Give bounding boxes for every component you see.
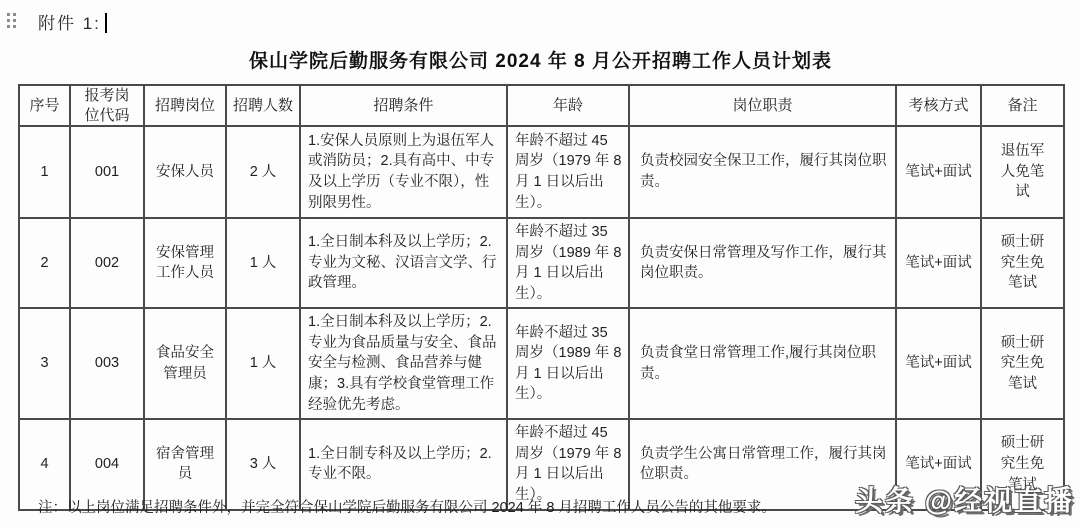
page-title: 保山学院后勤服务有限公司 2024 年 8 月公开招聘工作人员计划表 (18, 46, 1063, 73)
cell-remark: 硕士研究生免笔试 (981, 218, 1064, 308)
cell-code: 003 (70, 308, 144, 419)
cell-position: 安保人员 (144, 126, 226, 218)
cell-count: 1 人 (226, 218, 300, 308)
cell-conditions: 1.全日制本科及以上学历；2.专业为食品质量与安全、食品安全与检测、食品营养与健… (300, 308, 507, 419)
table-header-row: 序号 报考岗位代码 招聘岗位 招聘人数 招聘条件 年龄 岗位职责 考核方式 备注 (19, 85, 1064, 126)
cell-count: 2 人 (226, 126, 300, 218)
watermark-text: 头条 @经视直播 (855, 479, 1074, 519)
table-row: 2 002 安保管理工作人员 1 人 1.全日制本科及以上学历；2.专业为文秘、… (19, 218, 1064, 308)
cell-assessment: 笔试+面试 (896, 308, 981, 419)
text-cursor (105, 13, 107, 33)
header-conditions: 招聘条件 (300, 85, 507, 126)
cell-count: 1 人 (226, 308, 300, 419)
header-remark: 备注 (981, 85, 1064, 126)
cell-duties: 负责食堂日常管理工作,履行其岗位职责。 (629, 308, 896, 419)
cell-age: 年龄不超过 35 周岁（1989 年 8 月 1 日以后出生）。 (507, 218, 629, 308)
document-page: 附件 1: 保山学院后勤服务有限公司 2024 年 8 月公开招聘工作人员计划表… (0, 0, 1080, 527)
cell-conditions: 1.全日制本科及以上学历；2.专业为文秘、汉语言文学、行政管理。 (300, 218, 507, 308)
cell-code: 001 (70, 126, 144, 218)
recruitment-table: 序号 报考岗位代码 招聘岗位 招聘人数 招聘条件 年龄 岗位职责 考核方式 备注… (18, 84, 1065, 511)
header-assessment: 考核方式 (896, 85, 981, 126)
cell-remark: 退伍军人免笔试 (981, 126, 1064, 218)
header-code: 报考岗位代码 (70, 85, 144, 126)
header-index: 序号 (19, 85, 70, 126)
cell-duties: 负责校园安全保卫工作，履行其岗位职责。 (629, 126, 896, 218)
cell-index: 3 (19, 308, 70, 419)
cell-code: 002 (70, 218, 144, 308)
cell-index: 2 (19, 218, 70, 308)
cell-position: 安保管理工作人员 (144, 218, 226, 308)
attachment-label-row: 附件 1: (38, 9, 107, 34)
footnote: 注：以上岗位满足招聘条件外，并完全符合保山学院后勤服务有限公司 2024 年 8… (38, 496, 776, 517)
cell-duties: 负责安保日常管理及写作工作，履行其岗位职责。 (629, 218, 896, 308)
cell-age: 年龄不超过 45 周岁（1979 年 8 月 1 日以后出生）。 (507, 126, 629, 218)
cell-age: 年龄不超过 35 周岁（1989 年 8 月 1 日以后出生）。 (507, 308, 629, 419)
cell-conditions: 1.安保人员原则上为退伍军人或消防员；2.具有高中、中专及以上学历（专业不限），… (300, 126, 507, 218)
header-age: 年龄 (507, 85, 629, 126)
cell-assessment: 笔试+面试 (896, 218, 981, 308)
drag-handle-icon[interactable] (7, 13, 16, 28)
header-duties: 岗位职责 (629, 85, 896, 126)
cell-remark: 硕士研究生免笔试 (981, 308, 1064, 419)
header-position: 招聘岗位 (144, 85, 226, 126)
cell-position: 食品安全管理员 (144, 308, 226, 419)
attachment-label: 附件 1: (38, 14, 101, 33)
cell-index: 1 (19, 126, 70, 218)
table-row: 3 003 食品安全管理员 1 人 1.全日制本科及以上学历；2.专业为食品质量… (19, 308, 1064, 419)
header-count: 招聘人数 (226, 85, 300, 126)
table-row: 1 001 安保人员 2 人 1.安保人员原则上为退伍军人或消防员；2.具有高中… (19, 126, 1064, 218)
cell-assessment: 笔试+面试 (896, 126, 981, 218)
